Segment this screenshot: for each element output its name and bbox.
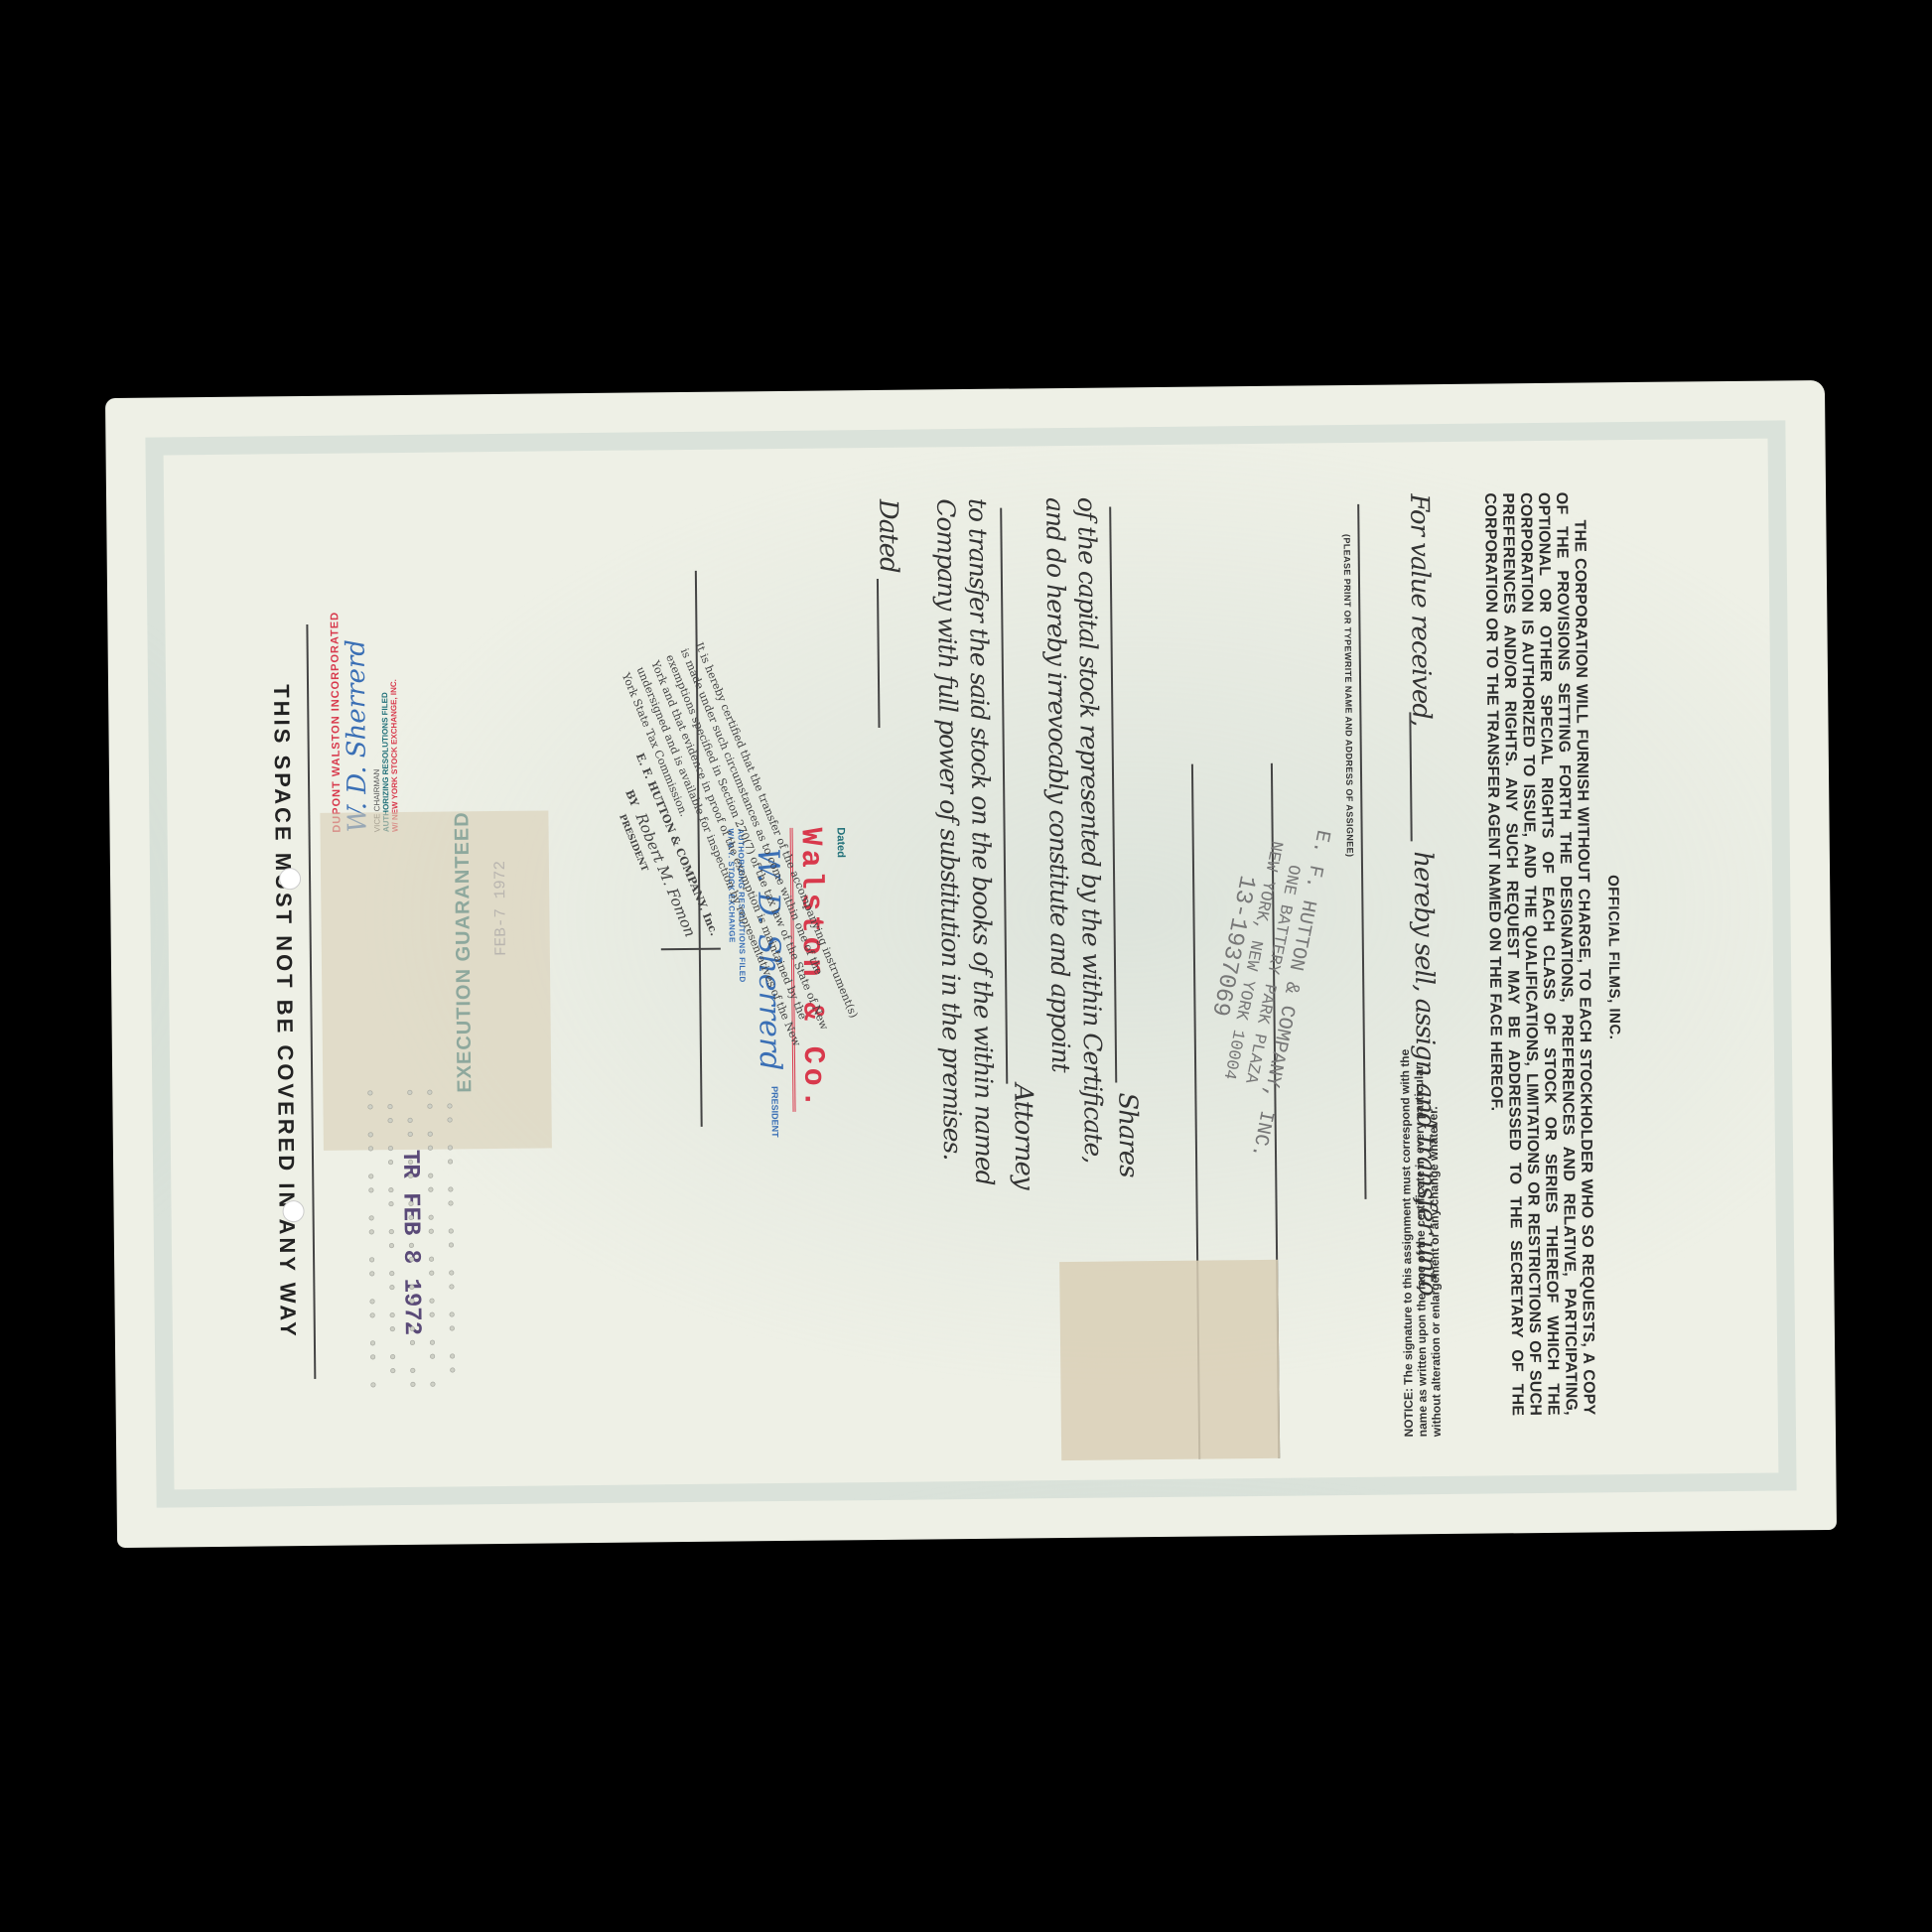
punch-hole [282,1200,304,1222]
perforation-dot [449,1228,454,1233]
perforation-dot [368,1132,373,1137]
perforation-dot [449,1284,454,1289]
perforation-dot [367,1090,372,1095]
certificate-content: OFFICIAL FILMS, INC. THE CORPORATION WIL… [105,380,1837,1548]
transfer-line1: to transfer the said stock on the books … [963,498,999,1185]
perforation-dot [450,1367,455,1372]
perforation-dot [388,1187,393,1192]
perforation-dot [369,1257,374,1262]
perforation-dot [410,1326,415,1331]
perforation-dot [367,1104,372,1109]
perforation-dot [370,1354,375,1359]
assignee-line [1358,504,1367,1199]
perforation-dot [407,1090,412,1095]
perforation-dot [428,1146,433,1151]
tax-cert-by: BY [622,788,641,809]
perforation-dot [448,1186,453,1191]
perforation-dot [408,1173,413,1178]
capital-stock-line2: and do hereby irrevocably constitute and… [1040,497,1075,1072]
perforation-dot [408,1118,413,1123]
perforation-dot [409,1257,414,1262]
perforation-dot [408,1132,413,1137]
perforation-dot [427,1104,432,1109]
margin-stamp: DUPONT WALSTON INCORPORATED W. D. Sherre… [328,514,399,833]
certificate-paper: OFFICIAL FILMS, INC. THE CORPORATION WIL… [105,380,1837,1548]
perforation-dot [389,1243,394,1248]
perforation-dot [450,1311,455,1316]
perforation-dot [429,1229,434,1234]
signature-box-tan [1059,1260,1280,1460]
perforation-dot [388,1160,393,1165]
perforation-dot [388,1146,393,1151]
perforation-dot [428,1173,433,1178]
perforation-dot [429,1257,434,1262]
perforation-dot [450,1325,455,1330]
perforation-dot [390,1354,395,1359]
notice-paragraph: THE CORPORATION WILL FURNISH WITHOUT CHA… [1480,491,1597,1416]
company-header: OFFICIAL FILMS, INC. [1599,382,1628,1532]
perforation-dot [388,1118,393,1123]
perforation-dot [369,1229,374,1234]
perforation-dot [409,1243,414,1248]
perforation-dot [448,1145,453,1150]
lower-tan-box [320,810,552,1150]
shares-label: Shares [1112,1092,1143,1177]
shares-line [1110,506,1118,1082]
perforation-dot [430,1340,435,1345]
perforation-dot [448,1200,453,1205]
perforation-dot [369,1271,374,1276]
perforation-dot [428,1132,433,1137]
perforation-dot [409,1299,414,1304]
perforation-dot [448,1159,453,1164]
perforation-dot [410,1382,415,1387]
perforation-dot [408,1201,413,1206]
perforation-dot [409,1215,414,1220]
perforation-dot [368,1173,373,1178]
guarantor-title: PRESIDENT [769,1086,780,1138]
perforation-dot [369,1299,374,1304]
perforation-pattern [1825,380,1837,1530]
attorney-line [1001,508,1009,1084]
perforation-dot [429,1215,434,1220]
perforation-dot [449,1270,454,1275]
perforation-dot [429,1299,434,1304]
assignee-caption: (PLEASE PRINT OR TYPEWRITE NAME AND ADDR… [1341,534,1354,858]
perforation-dot [368,1146,373,1151]
perforation-dot [390,1312,395,1317]
perforation-dot [449,1242,454,1247]
perforation-dot [388,1201,393,1206]
perforation-dot [429,1271,434,1276]
perforation-dot [390,1368,395,1373]
perforation-dot [427,1090,432,1095]
dated-label: Dated [873,499,903,573]
perforation-dot [410,1368,415,1373]
transfer-line2: Company with full power of substitution … [931,498,967,1160]
perforation-dot [410,1340,415,1345]
signature-notice: NOTICE: The signature to this assignment… [1398,1020,1444,1437]
perforation-dot [409,1285,414,1290]
perforation-dot [448,1117,453,1122]
dated-line [877,579,880,728]
perforation-dot [389,1271,394,1276]
margin-stamp-signature: W. D. Sherrerd [340,514,372,832]
perforation-dot [387,1104,392,1109]
perforation-dot [370,1340,375,1345]
perforation-dot [450,1353,455,1358]
for-value-received: For value received, [1404,493,1436,726]
perforation-dot [430,1354,435,1359]
perforation-dot [430,1312,435,1317]
attorney-label: Attorney [1008,1083,1038,1188]
guarantor-dated-label: Dated [835,827,847,858]
margin-warning: THIS SPACE MUST NOT BE COVERED IN ANY WA… [268,684,301,1339]
perforation-dot [389,1285,394,1290]
perforation-dot [408,1160,413,1165]
perforation-dot [428,1187,433,1192]
perforation-dot [369,1215,374,1220]
perforation-dot [430,1382,435,1387]
perforation-dot [447,1103,452,1108]
punch-hole [279,868,301,890]
perforation-dot [370,1312,375,1317]
margin-rule [307,624,316,1379]
rule [1410,712,1413,841]
capital-stock-line1: of the capital stock represented by the … [1072,497,1108,1164]
assignee-stamp: E. F. HUTTON & COMPANY, INC. ONE BATTERY… [1181,815,1333,1160]
perforation-dot [368,1187,373,1192]
perforation-dot [389,1229,394,1234]
perforation-dot [390,1326,395,1331]
perforation-dot [370,1382,375,1387]
